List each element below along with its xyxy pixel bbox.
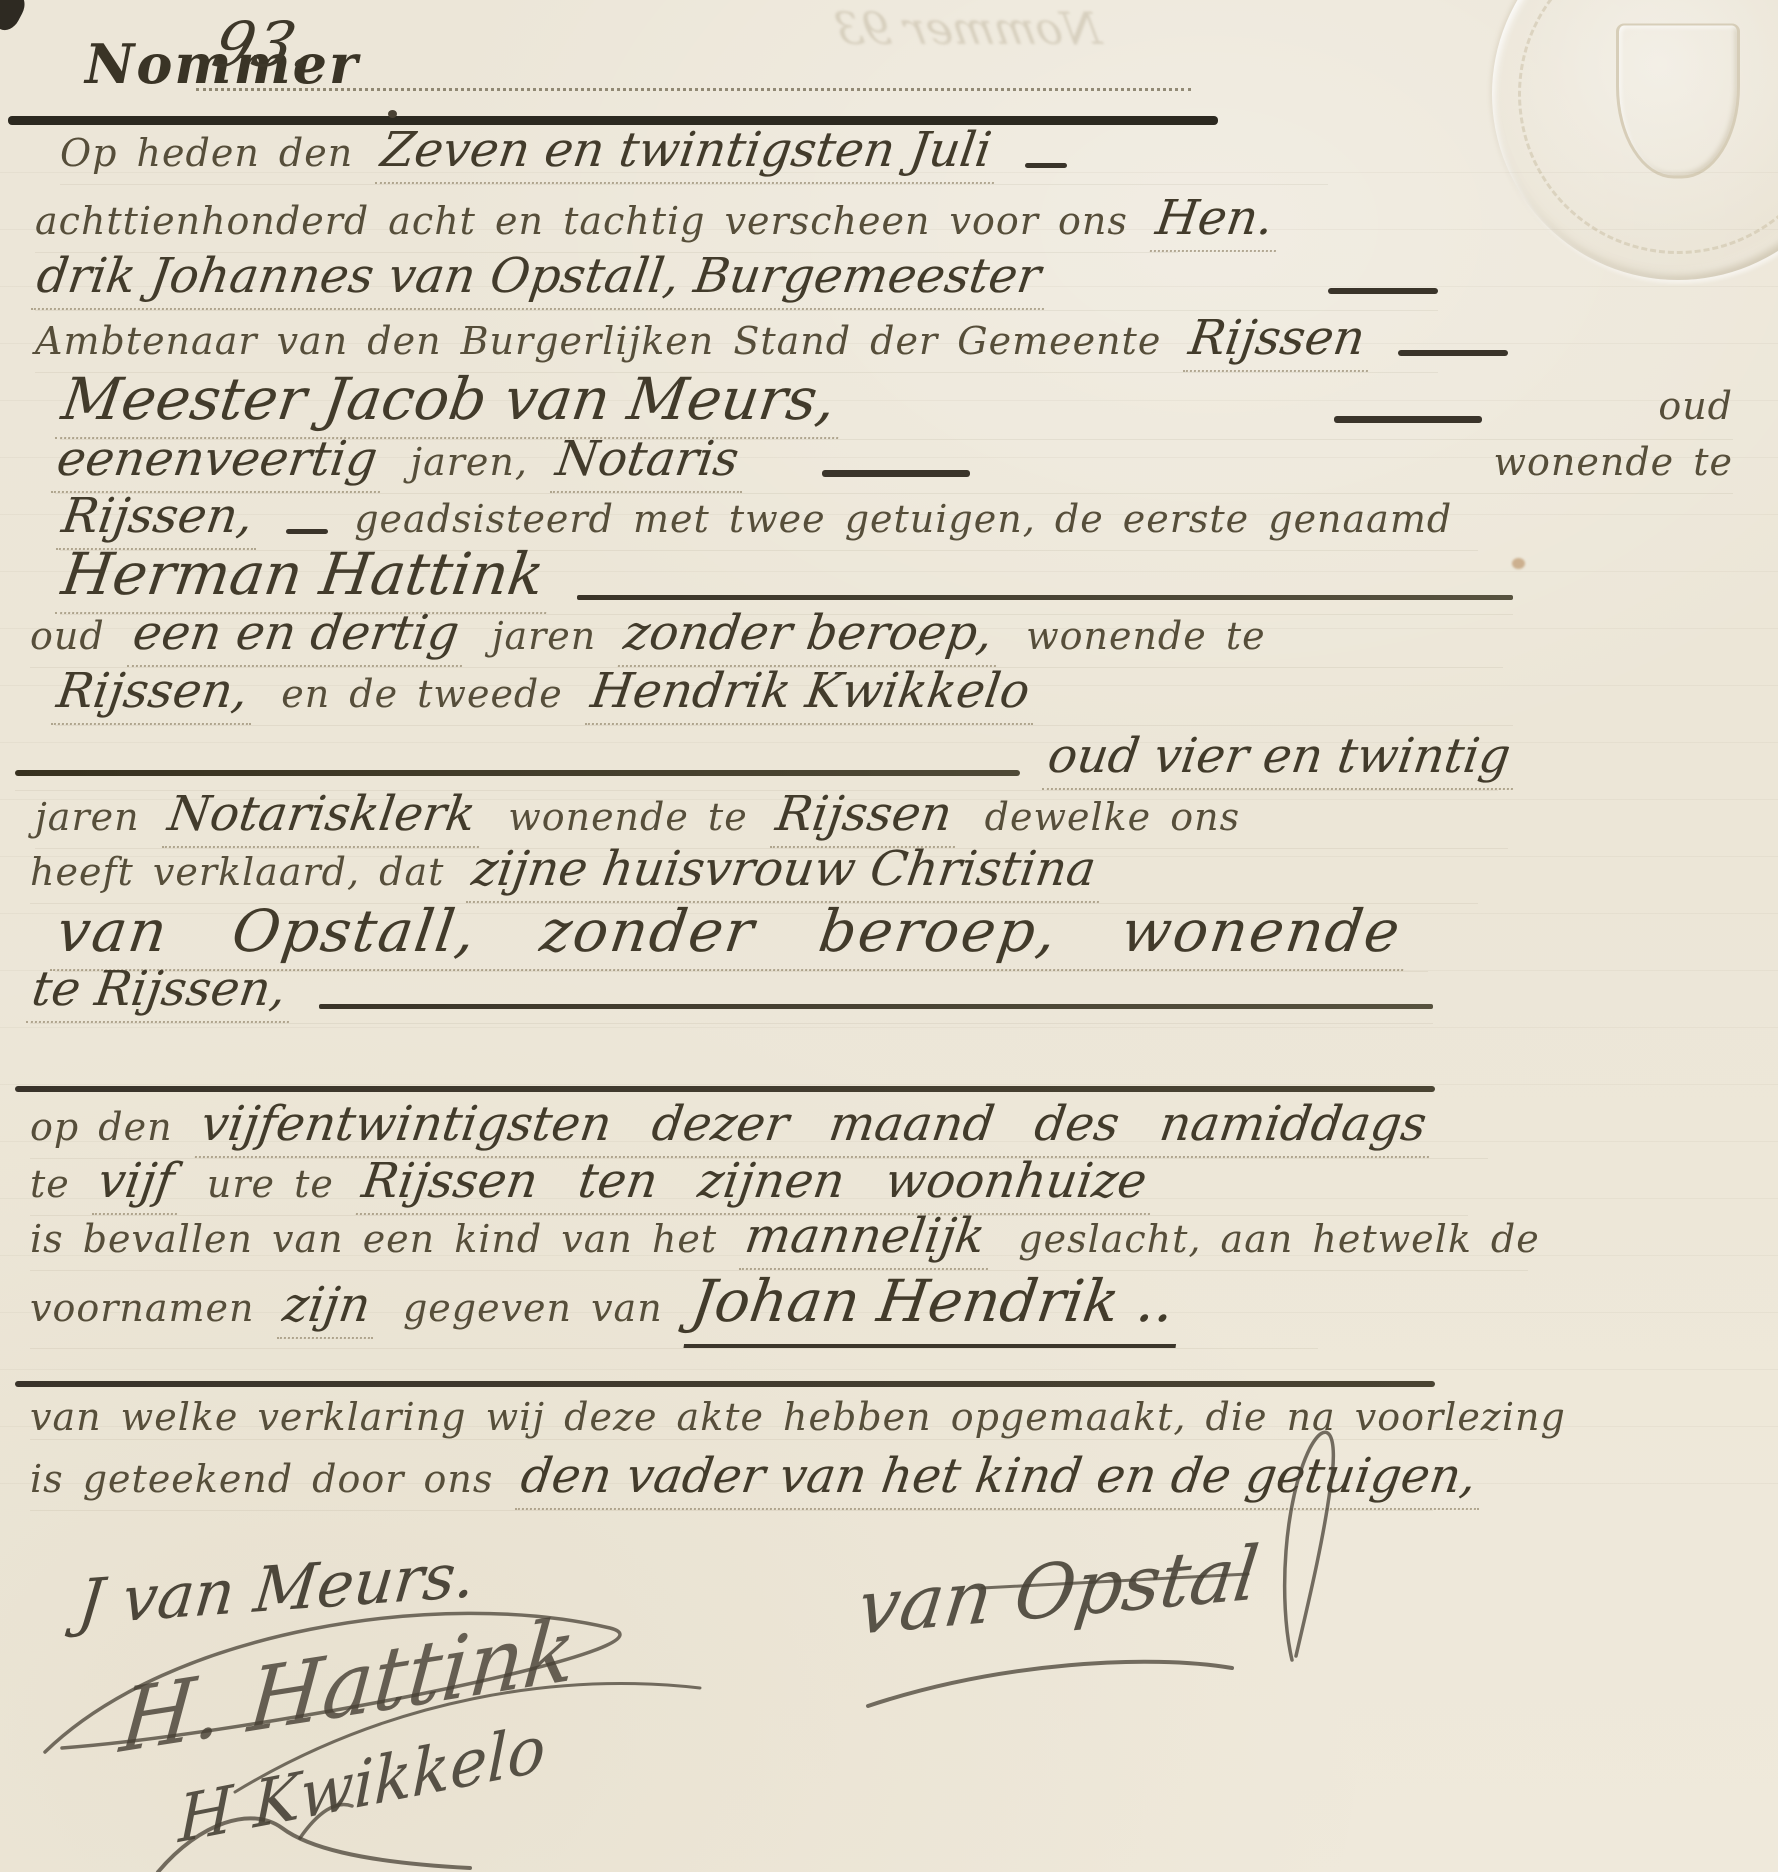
act-line-birth-date: op den vijfentwintigsten dezer maand des… <box>30 1098 1488 1159</box>
printed-segment: van welke verklaring wij deze akte hebbe… <box>30 1395 1566 1439</box>
printed-segment: is geteekend door ons <box>30 1457 493 1501</box>
act-line-date: Op heden den Zeven en twintigsten Juli <box>60 124 1328 185</box>
act-line-year: achttienhonderd acht en tachtig verschee… <box>35 192 1178 253</box>
pen-rule <box>15 1086 1435 1092</box>
hand-sex: mannelijk <box>739 1210 996 1270</box>
hand-registrar-first: Hen. <box>1150 192 1285 252</box>
act-line-registrar: drik Johannes van Opstall, Burgemeester <box>35 250 1438 311</box>
printed-segment: dewelke ons <box>985 795 1240 839</box>
pen-dash <box>822 470 970 477</box>
act-line-signed-by: is geteekend door ons den vader van het … <box>30 1450 1433 1511</box>
act-line-birth-time: te vijf ure te Rijssen ten zijnen woonhu… <box>30 1155 1468 1216</box>
hand-witness2-name: Hendrik Kwikkelo <box>585 665 1041 725</box>
pen-rule <box>577 595 1513 600</box>
printed-segment: Ambtenaar van den Burgerlijken Stand der… <box>35 319 1161 363</box>
embossed-seal <box>1492 0 1778 280</box>
hand-profession: Notaris <box>550 433 750 493</box>
hand-registrar-name: drik Johannes van Opstall, Burgemeester <box>31 250 1052 310</box>
act-line-closing: van welke verklaring wij deze akte hebbe… <box>30 1395 1498 1440</box>
act-line-witness2: Rijssen, en de tweede Hendrik Kwikkelo <box>55 665 1513 726</box>
printed-segment: en de tweede <box>281 672 563 716</box>
ghost-showthrough-text: Nommer 93 <box>831 4 1105 55</box>
pen-dash <box>286 529 328 534</box>
pen-dash <box>1328 288 1438 294</box>
pen-dash <box>1334 416 1482 423</box>
act-line-witness2-profession: jaren Notarisklerk wonende te Rijssen de… <box>35 788 1508 849</box>
hand-age: eenenveertig <box>51 433 389 493</box>
printed-segment: jaren <box>492 614 597 658</box>
printed-segment: jaren, <box>410 440 528 484</box>
hand-residence: Rijssen, <box>51 665 260 725</box>
hand-segment: zijn <box>276 1279 381 1339</box>
printed-segment: is bevallen van een kind van het <box>30 1217 717 1261</box>
hand-municipality: Rijssen <box>1183 312 1376 372</box>
act-line-mother-residence: te Rijssen, <box>30 963 1433 1024</box>
ink-speck <box>388 110 397 118</box>
hand-birth-place: Rijssen ten zijnen woonhuize <box>356 1155 1158 1215</box>
printed-segment: geslacht, aan hetwelk de <box>1018 1217 1540 1261</box>
act-line-child-name: voornamen zijn gegeven van Johan Hendrik… <box>30 1270 1318 1349</box>
birth-certificate-page: Nommer 93 Nommer 93. Op heden den Zeven … <box>0 0 1778 1872</box>
printed-segment: Op heden den <box>60 131 353 175</box>
printed-segment: wonende te <box>1494 440 1734 484</box>
pen-rule <box>15 1381 1435 1387</box>
pen-dash <box>1398 350 1508 356</box>
hand-mother-intro: zijne huisvrouw Christina <box>466 843 1107 903</box>
hand-declarant-name: Meester Jacob van Meurs, <box>55 368 847 439</box>
pen-dash <box>1025 163 1067 168</box>
child-name: Johan Hendrik .. <box>683 1270 1186 1348</box>
printed-segment: achttienhonderd acht en tachtig verschee… <box>35 199 1128 243</box>
hand-witness1-name: Herman Hattink <box>55 543 556 614</box>
printed-segment: oud <box>30 614 105 658</box>
act-line-witness1-age: oud een en dertig jaren zonder beroep, w… <box>30 607 1503 668</box>
act-line-declaration: heeft verklaard, dat zijne huisvrouw Chr… <box>30 843 1478 904</box>
printed-segment: wonende te <box>1026 614 1266 658</box>
act-line-declarant: Meester Jacob van Meurs, oud <box>60 368 1733 440</box>
printed-segment: oud <box>1658 384 1733 428</box>
pen-rule <box>319 1004 1433 1009</box>
printed-segment: voornamen <box>30 1286 255 1330</box>
printed-segment: ure te <box>207 1162 334 1206</box>
form-number-value: 93. <box>206 8 323 81</box>
hand-date: Zeven en twintigsten Juli <box>375 124 1003 184</box>
hand-hour: vijf <box>92 1155 186 1215</box>
act-line-child-sex: is bevallen van een kind van het manneli… <box>30 1210 1528 1271</box>
act-line-declarant-age: eenenveertig jaren, Notaris wonende te <box>55 433 1733 494</box>
printed-segment: op den <box>30 1105 173 1149</box>
hand-residence: te Rijssen, <box>26 963 298 1023</box>
hand-profession: Notarisklerk <box>161 788 486 848</box>
hand-residence: Rijssen <box>769 788 962 848</box>
printed-segment: te <box>30 1162 70 1206</box>
dotted-fill-line <box>196 88 1191 91</box>
printed-segment: wonende te <box>508 795 748 839</box>
hand-age: een en dertig <box>126 607 469 667</box>
foxing-spot <box>1512 558 1525 569</box>
hand-age: oud vier en twintig <box>1042 730 1522 790</box>
scan-corner-mark <box>0 0 30 35</box>
hand-birth-date: vijfentwintigsten dezer maand des namidd… <box>194 1098 1437 1158</box>
act-line-municipality: Ambtenaar van den Burgerlijken Stand der… <box>35 312 1438 373</box>
hand-signed-by: den vader van het kind en de getuigen, <box>515 1450 1488 1510</box>
printed-segment: jaren <box>35 795 140 839</box>
printed-segment: heeft verklaard, dat <box>30 850 444 894</box>
act-line-witness2-age: oud vier en twintig <box>15 730 1498 791</box>
signature-registrar: van Opstal <box>853 1530 1263 1652</box>
printed-segment: gegeven van <box>403 1286 663 1330</box>
printed-segment: geadsisteerd met twee getuigen, de eerst… <box>354 497 1452 541</box>
pen-rule <box>15 770 1020 776</box>
hand-profession: zonder beroep, <box>618 607 1004 667</box>
